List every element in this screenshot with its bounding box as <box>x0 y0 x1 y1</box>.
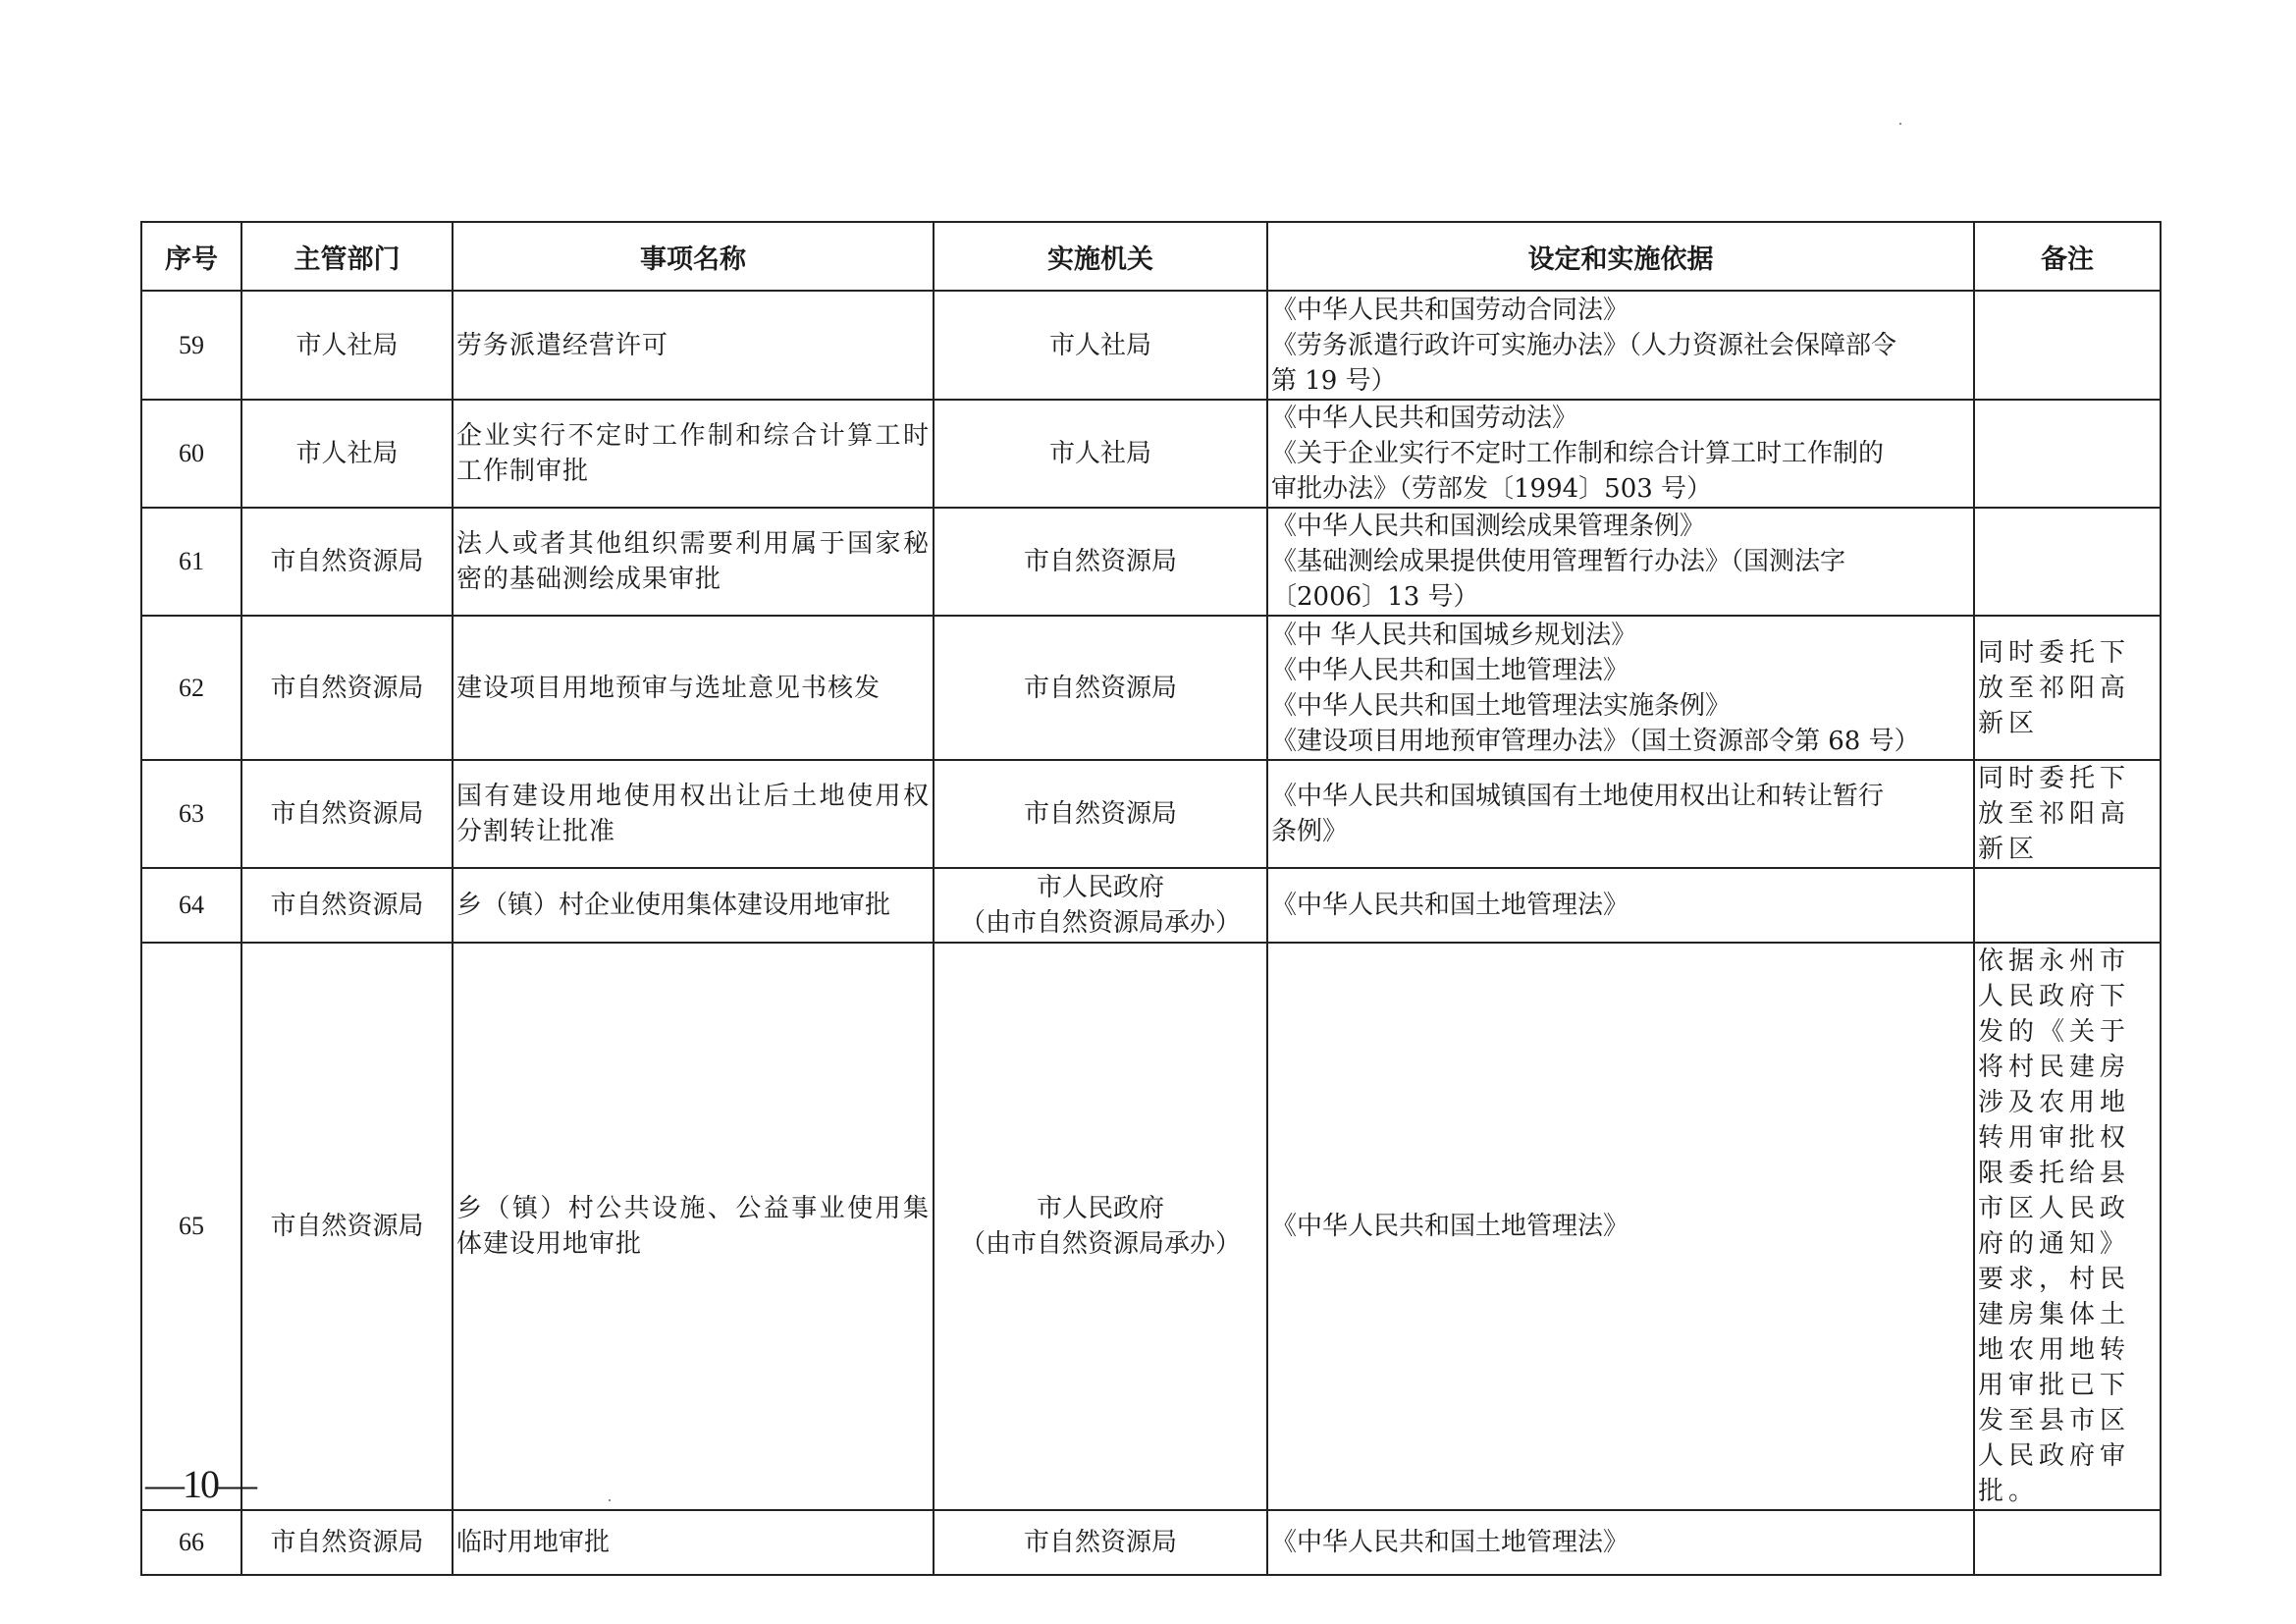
row-note <box>1974 1510 2161 1575</box>
row-agency: 市人社局 <box>934 400 1267 508</box>
header-agency: 实施机关 <box>934 222 1267 291</box>
row-note: 同时委托下放至祁阳高新区 <box>1974 616 2161 760</box>
table-row: 60 市人社局 企业实行不定时工作制和综合计算工时工作制审批 市人社局 《中华人… <box>141 400 2161 508</box>
basis-line: 《中华人民共和国土地管理法》 <box>1271 1525 1970 1560</box>
row-basis: 《中华人民共和国劳动法》 《关于企业实行不定时工作制和综合计算工时工作制的 审批… <box>1267 400 1974 508</box>
row-note <box>1974 400 2161 508</box>
agency-line: 市人民政府 <box>937 1191 1263 1226</box>
row-no: 65 <box>141 943 241 1510</box>
row-agency: 市自然资源局 <box>934 1510 1267 1575</box>
row-dept: 市自然资源局 <box>241 508 453 616</box>
basis-line: 《中华人民共和国土地管理法实施条例》 <box>1271 688 1970 724</box>
row-basis: 《中华人民共和国劳动合同法》 《劳务派遣行政许可实施办法》（人力资源社会保障部令… <box>1267 291 1974 400</box>
basis-line: 《中华人民共和国城镇国有土地使用权出让和转让暂行 <box>1271 779 1970 814</box>
agency-line: （由市自然资源局承办） <box>937 1226 1263 1262</box>
row-no: 62 <box>141 616 241 760</box>
row-no: 61 <box>141 508 241 616</box>
basis-line: 《中华人民共和国土地管理法》 <box>1271 653 1970 688</box>
header-item: 事项名称 <box>453 222 934 291</box>
basis-line: 审批办法》（劳部发〔1994〕503 号） <box>1271 471 1970 507</box>
basis-line: 《中 华人民共和国城乡规划法》 <box>1271 618 1970 653</box>
table-row: 65 市自然资源局 乡（镇）村公共设施、公益事业使用集体建设用地审批 市人民政府… <box>141 943 2161 1510</box>
agency-line: 市自然资源局 <box>937 1525 1263 1560</box>
agency-line: （由市自然资源局承办） <box>937 905 1263 941</box>
row-item: 临时用地审批 <box>453 1510 934 1575</box>
row-dept: 市自然资源局 <box>241 760 453 868</box>
agency-line: 市自然资源局 <box>937 544 1263 579</box>
row-basis: 《中华人民共和国土地管理法》 <box>1267 1510 1974 1575</box>
row-note: 依据永州市人民政府下发的《关于将村民建房涉及农用地转用审批权限委托给县市区人民政… <box>1974 943 2161 1510</box>
row-agency: 市人社局 <box>934 291 1267 400</box>
agency-line: 市人社局 <box>937 328 1263 363</box>
row-item: 乡（镇）村公共设施、公益事业使用集体建设用地审批 <box>453 943 934 1510</box>
row-agency: 市自然资源局 <box>934 508 1267 616</box>
row-item: 建设项目用地预审与选址意见书核发 <box>453 616 934 760</box>
row-note <box>1974 508 2161 616</box>
basis-line: 〔2006〕13 号） <box>1271 579 1970 615</box>
row-dept: 市自然资源局 <box>241 868 453 943</box>
basis-line: 第 19 号） <box>1271 363 1970 399</box>
agency-line: 市自然资源局 <box>937 796 1263 832</box>
table-row: 62 市自然资源局 建设项目用地预审与选址意见书核发 市自然资源局 《中 华人民… <box>141 616 2161 760</box>
table-row: 64 市自然资源局 乡（镇）村企业使用集体建设用地审批 市人民政府 （由市自然资… <box>141 868 2161 943</box>
row-basis: 《中华人民共和国测绘成果管理条例》 《基础测绘成果提供使用管理暂行办法》（国测法… <box>1267 508 1974 616</box>
row-item: 国有建设用地使用权出让后土地使用权分割转让批准 <box>453 760 934 868</box>
table-row: 66 市自然资源局 临时用地审批 市自然资源局 《中华人民共和国土地管理法》 <box>141 1510 2161 1575</box>
row-item: 劳务派遣经营许可 <box>453 291 934 400</box>
basis-line: 《中华人民共和国测绘成果管理条例》 <box>1271 509 1970 544</box>
basis-line: 《基础测绘成果提供使用管理暂行办法》（国测法字 <box>1271 544 1970 579</box>
table-row: 61 市自然资源局 法人或者其他组织需要利用属于国家秘密的基础测绘成果审批 市自… <box>141 508 2161 616</box>
header-dept: 主管部门 <box>241 222 453 291</box>
row-note <box>1974 868 2161 943</box>
row-dept: 市人社局 <box>241 400 453 508</box>
basis-line: 《中华人民共和国劳动合同法》 <box>1271 293 1970 328</box>
row-agency: 市人民政府 （由市自然资源局承办） <box>934 943 1267 1510</box>
row-no: 64 <box>141 868 241 943</box>
table-header-row: 序号 主管部门 事项名称 实施机关 设定和实施依据 备注 <box>141 222 2161 291</box>
row-agency: 市自然资源局 <box>934 760 1267 868</box>
row-dept: 市自然资源局 <box>241 616 453 760</box>
basis-line: 《建设项目用地预审管理办法》（国土资源部令第 68 号） <box>1271 724 1970 759</box>
row-basis: 《中华人民共和国土地管理法》 <box>1267 943 1974 1510</box>
basis-line: 《中华人民共和国劳动法》 <box>1271 401 1970 436</box>
row-item: 乡（镇）村企业使用集体建设用地审批 <box>453 868 934 943</box>
basis-line: 《中华人民共和国土地管理法》 <box>1271 888 1970 923</box>
basis-line: 条例》 <box>1271 814 1970 849</box>
row-basis: 《中华人民共和国城镇国有土地使用权出让和转让暂行 条例》 <box>1267 760 1974 868</box>
row-no: 59 <box>141 291 241 400</box>
page-number: —10— <box>145 1461 255 1507</box>
header-no: 序号 <box>141 222 241 291</box>
scan-speck <box>609 1499 611 1501</box>
row-note: 同时委托下放至祁阳高新区 <box>1974 760 2161 868</box>
row-agency: 市自然资源局 <box>934 616 1267 760</box>
row-note <box>1974 291 2161 400</box>
row-dept: 市自然资源局 <box>241 943 453 1510</box>
header-basis: 设定和实施依据 <box>1267 222 1974 291</box>
row-no: 60 <box>141 400 241 508</box>
row-basis: 《中 华人民共和国城乡规划法》 《中华人民共和国土地管理法》 《中华人民共和国土… <box>1267 616 1974 760</box>
header-note: 备注 <box>1974 222 2161 291</box>
scan-speck <box>1899 123 1901 125</box>
table-row: 59 市人社局 劳务派遣经营许可 市人社局 《中华人民共和国劳动合同法》 《劳务… <box>141 291 2161 400</box>
basis-line: 《关于企业实行不定时工作制和综合计算工时工作制的 <box>1271 436 1970 471</box>
row-basis: 《中华人民共和国土地管理法》 <box>1267 868 1974 943</box>
approval-items-table: 序号 主管部门 事项名称 实施机关 设定和实施依据 备注 59 市人社局 劳务派… <box>140 221 2162 1576</box>
agency-line: 市自然资源局 <box>937 671 1263 706</box>
row-item: 法人或者其他组织需要利用属于国家秘密的基础测绘成果审批 <box>453 508 934 616</box>
basis-line: 《劳务派遣行政许可实施办法》（人力资源社会保障部令 <box>1271 328 1970 363</box>
row-item: 企业实行不定时工作制和综合计算工时工作制审批 <box>453 400 934 508</box>
agency-line: 市人社局 <box>937 436 1263 471</box>
row-dept: 市人社局 <box>241 291 453 400</box>
row-no: 66 <box>141 1510 241 1575</box>
row-agency: 市人民政府 （由市自然资源局承办） <box>934 868 1267 943</box>
table-row: 63 市自然资源局 国有建设用地使用权出让后土地使用权分割转让批准 市自然资源局… <box>141 760 2161 868</box>
row-dept: 市自然资源局 <box>241 1510 453 1575</box>
agency-line: 市人民政府 <box>937 870 1263 905</box>
basis-line: 《中华人民共和国土地管理法》 <box>1271 1209 1970 1244</box>
row-no: 63 <box>141 760 241 868</box>
